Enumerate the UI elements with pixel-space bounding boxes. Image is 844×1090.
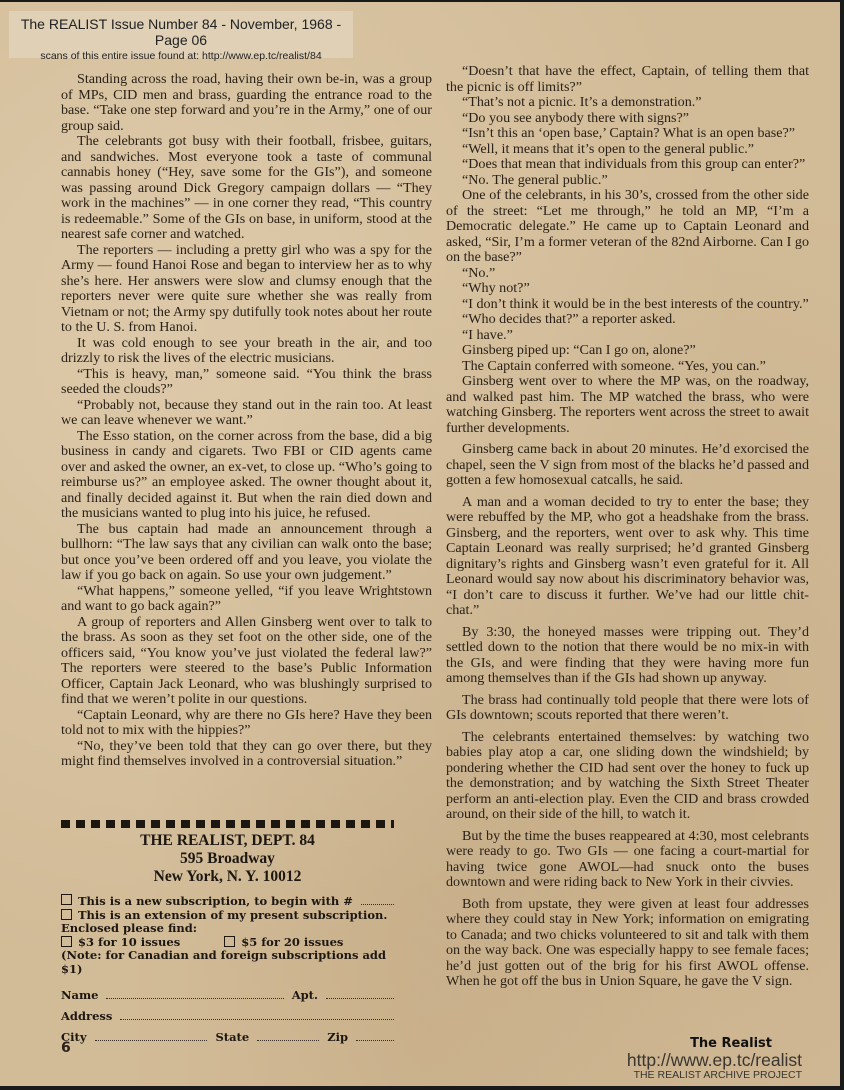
article-paragraph: A group of reporters and Allen Ginsberg …	[61, 615, 432, 708]
coupon-address-line-1: THE REALIST, DEPT. 84	[61, 832, 394, 850]
right-column: “Doesn’t that have the effect, Captain, …	[446, 64, 809, 990]
article-paragraph: “That’s not a picnic. It’s a demonstrati…	[446, 95, 809, 111]
article-paragraph: “I have.”	[446, 328, 809, 344]
article-paragraph: The celebrants entertained themselves: b…	[446, 730, 809, 823]
foreign-note: (Note: for Canadian and foreign subscrip…	[61, 949, 394, 976]
banner-title: The REALIST Issue Number 84 - November, …	[9, 16, 353, 48]
article-paragraph: The celebrants got busy with their footb…	[61, 134, 432, 243]
banner-subtitle[interactable]: scans of this entire issue found at: htt…	[9, 50, 353, 62]
article-paragraph: “Do you see anybody there with signs?”	[446, 111, 809, 127]
apt-field[interactable]	[326, 998, 394, 999]
magazine-page: The REALIST Issue Number 84 - November, …	[0, 2, 840, 1086]
article-paragraph: “No.”	[446, 266, 809, 282]
article-paragraph: The brass had continually told people th…	[446, 693, 809, 724]
article-paragraph: A man and a woman decided to try to ente…	[446, 495, 809, 619]
new-subscription-label: This is a new subscription, to begin wit…	[78, 895, 353, 909]
article-paragraph: “Doesn’t that have the effect, Captain, …	[446, 64, 809, 95]
article-paragraph: “What happens,” someone yelled, “if you …	[61, 584, 432, 615]
archive-footer: The Realist http://www.ep.tc/realist THE…	[627, 1036, 802, 1081]
coupon-address-line-3: New York, N. Y. 10012	[61, 868, 394, 886]
address-field[interactable]	[120, 1019, 394, 1020]
address-label: Address	[61, 1009, 112, 1023]
article-paragraph: Ginsberg piped up: “Can I go on, alone?”	[446, 343, 809, 359]
enclosed-label: Enclosed please find:	[61, 922, 394, 936]
article-paragraph: “Probably not, because they stand out in…	[61, 398, 432, 429]
page-number: 6	[61, 1040, 71, 1056]
city-row: City State Zip	[61, 1030, 394, 1044]
name-label: Name	[61, 988, 98, 1002]
name-field[interactable]	[106, 998, 283, 999]
new-subscription-checkbox[interactable]	[61, 894, 72, 905]
zip-field[interactable]	[356, 1040, 394, 1041]
article-paragraph: “Why not?”	[446, 281, 809, 297]
article-paragraph: “No. The general public.”	[446, 173, 809, 189]
article-paragraph: Ginsberg went over to where the MP was, …	[446, 374, 809, 436]
city-field[interactable]	[95, 1040, 208, 1041]
option-20-checkbox[interactable]	[224, 936, 235, 947]
extension-checkbox[interactable]	[61, 909, 72, 920]
article-paragraph: “This is heavy, man,” someone said. “You…	[61, 367, 432, 398]
article-paragraph: “Well, it means that it’s open to the ge…	[446, 142, 809, 158]
extension-option[interactable]: This is an extension of my present subsc…	[61, 909, 394, 923]
article-paragraph: The Esso station, on the corner across f…	[61, 429, 432, 522]
zip-label: Zip	[327, 1030, 348, 1044]
article-paragraph: “Captain Leonard, why are there no GIs h…	[61, 708, 432, 739]
article-paragraph: The reporters — including a pretty girl …	[61, 243, 432, 336]
extension-label: This is an extension of my present subsc…	[78, 908, 387, 922]
archive-banner: The REALIST Issue Number 84 - November, …	[9, 11, 353, 58]
article-paragraph: “Isn’t this an ‘open base,’ Captain? Wha…	[446, 126, 809, 142]
address-row: Address	[61, 1009, 394, 1023]
price-options: $3 for 10 issues $5 for 20 issues	[61, 936, 394, 950]
article-paragraph: The Captain conferred with someone. “Yes…	[446, 359, 809, 375]
article-paragraph: Ginsberg came back in about 20 minutes. …	[446, 442, 809, 489]
footer-brand: The Realist	[627, 1036, 772, 1051]
article-paragraph: “Does that mean that individuals from th…	[446, 157, 809, 173]
article-paragraph: Both from upstate, they were given at le…	[446, 897, 809, 990]
article-paragraph: The bus captain had made an announcement…	[61, 522, 432, 584]
left-column: Standing across the road, having their o…	[61, 72, 432, 770]
apt-label: Apt.	[292, 988, 318, 1002]
article-paragraph: One of the celebrants, in his 30’s, cros…	[446, 188, 809, 266]
subscription-coupon: THE REALIST, DEPT. 84 595 Broadway New Y…	[61, 820, 394, 1044]
article-paragraph: “I don’t think it would be in the best i…	[446, 297, 809, 313]
footer-url[interactable]: http://www.ep.tc/realist	[627, 1051, 802, 1069]
article-paragraph: “Who decides that?” a reporter asked.	[446, 312, 809, 328]
coupon-address-line-2: 595 Broadway	[61, 850, 394, 868]
article-paragraph: Standing across the road, having their o…	[61, 72, 432, 134]
name-row: Name Apt.	[61, 988, 394, 1002]
issue-number-field[interactable]	[361, 904, 394, 905]
option-10-label: $3 for 10 issues	[78, 935, 180, 949]
footer-archive-name: THE REALIST ARCHIVE PROJECT	[627, 1069, 802, 1081]
option-20-label: $5 for 20 issues	[241, 935, 343, 949]
state-label: State	[215, 1030, 249, 1044]
option-10-checkbox[interactable]	[61, 936, 72, 947]
article-paragraph: By 3:30, the honeyed masses were trippin…	[446, 625, 809, 687]
article-paragraph: But by the time the buses reappeared at …	[446, 829, 809, 891]
article-paragraph: It was cold enough to see your breath in…	[61, 336, 432, 367]
new-subscription-option[interactable]: This is a new subscription, to begin wit…	[61, 894, 394, 909]
article-paragraph: “No, they’ve been told that they can go …	[61, 739, 432, 770]
coupon-cut-line	[61, 820, 394, 828]
state-field[interactable]	[257, 1040, 319, 1041]
